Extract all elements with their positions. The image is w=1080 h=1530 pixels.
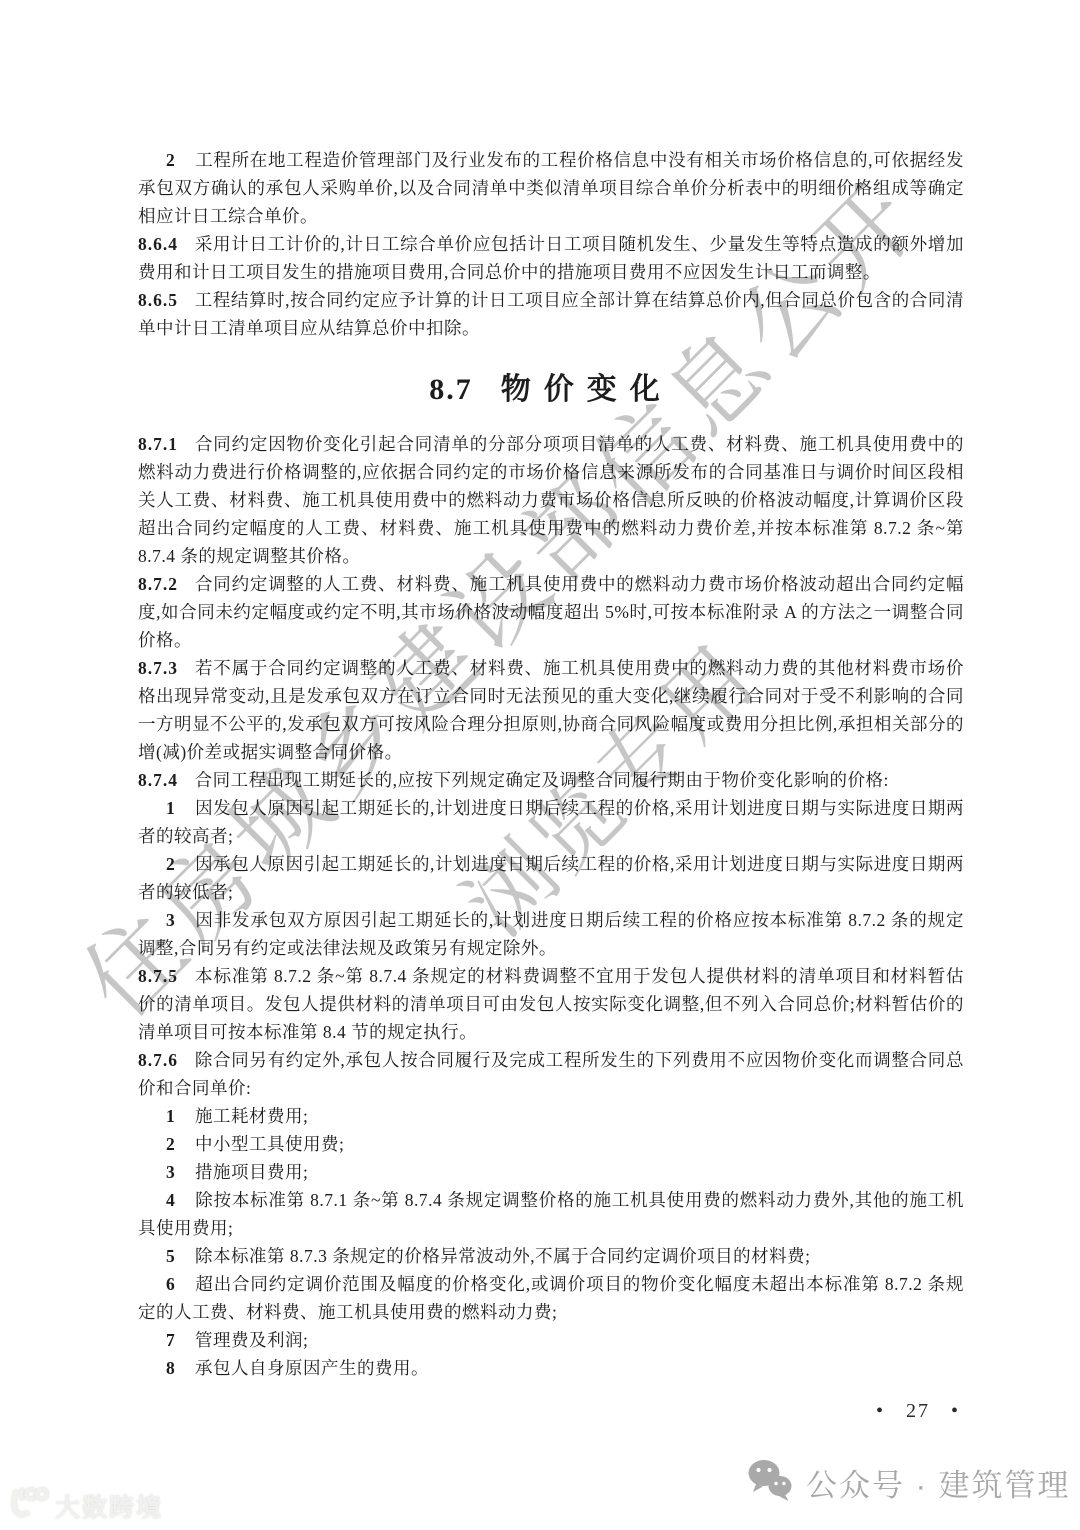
clause-paragraph: 8.7.2合同约定调整的人工费、材料费、施工机具使用费中的燃料动力费市场价格波动… <box>138 570 964 654</box>
document-page: 住房城乡建设部信息公开 浏览专用 2工程所在地工程造价管理部门及行业发布的工程价… <box>0 0 1080 1530</box>
clause-paragraph: 8承包人自身原因产生的费用。 <box>138 1354 964 1382</box>
clause-number: 8.7.1 <box>138 434 178 454</box>
clause-number: 2 <box>166 150 176 170</box>
wechat-icon <box>746 1458 794 1507</box>
clause-paragraph: 8.7.4合同工程出现工期延长的,应按下列规定确定及调整合同履行期由于物价变化影… <box>138 766 964 794</box>
clause-number: 8.7.2 <box>138 574 178 594</box>
clause-paragraph: 2工程所在地工程造价管理部门及行业发布的工程价格信息中没有相关市场价格信息的,可… <box>138 146 964 230</box>
clause-paragraph: 3措施项目费用; <box>138 1158 964 1186</box>
clause-paragraph: 4除按本标准第 8.7.1 条~第 8.7.4 条规定调整价格的施工机具使用费的… <box>138 1186 964 1242</box>
clause-number: 8.7.3 <box>138 658 178 678</box>
clause-number: 2 <box>166 1134 176 1154</box>
clause-paragraph: 1施工耗材费用; <box>138 1102 964 1130</box>
clause-number: 4 <box>166 1190 176 1210</box>
clause-paragraph: 6超出合同约定调价范围及幅度的价格变化,或调价项目的物价变化幅度未超出本标准第 … <box>138 1270 964 1326</box>
clause-number: 2 <box>166 854 176 874</box>
clause-paragraph: 5除本标准第 8.7.3 条规定的价格异常波动外,不属于合同约定调价项目的材料费… <box>138 1242 964 1270</box>
brand-watermark-label: 大数跨境 <box>55 1488 163 1524</box>
clause-number: 8 <box>166 1358 176 1378</box>
clause-paragraph: 8.7.1合同约定因物价变化引起合同清单的分部分项项目清单的人工费、材料费、施工… <box>138 430 964 570</box>
clause-number: 8.7.5 <box>138 966 178 986</box>
wechat-account-label: 公众号 · 建筑管理 <box>806 1460 1071 1505</box>
clause-number: 5 <box>166 1246 176 1266</box>
bottom-left-brand-watermark: 大数跨境 <box>8 1486 163 1525</box>
clause-number: 8.6.5 <box>138 290 178 310</box>
clause-paragraph: 8.7.3若不属于合同约定调整的人工费、材料费、施工机具使用费中的燃料动力费的其… <box>138 654 964 766</box>
wechat-banner: 公众号 · 建筑管理 <box>746 1458 1071 1507</box>
clause-number: 6 <box>166 1274 176 1294</box>
clause-paragraph: 2因承包人原因引起工期延长的,计划进度日期后续工程的价格,采用计划进度日期与实际… <box>138 850 964 906</box>
document-body: 2工程所在地工程造价管理部门及行业发布的工程价格信息中没有相关市场价格信息的,可… <box>138 146 964 1382</box>
clause-paragraph: 8.7.6除合同另有约定外,承包人按合同履行及完成工程所发生的下列费用不应因物价… <box>138 1046 964 1102</box>
clause-number: 1 <box>166 1106 176 1126</box>
clause-paragraph: 8.6.5工程结算时,按合同约定应予计算的计日工项目应全部计算在结算总价内,但合… <box>138 286 964 342</box>
section-heading: 8.7物价变化 <box>138 368 964 412</box>
clause-number: 3 <box>166 1162 176 1182</box>
clause-paragraph: 3因非发承包双方原因引起工期延长的,计划进度日期后续工程的价格应按本标准第 8.… <box>138 906 964 962</box>
clause-number: 1 <box>166 798 176 818</box>
clause-number: 3 <box>166 910 176 930</box>
section-number: 8.7 <box>429 373 473 406</box>
clause-number: 8.6.4 <box>138 234 178 254</box>
clause-number: 7 <box>166 1330 176 1350</box>
clause-paragraph: 1因发包人原因引起工期延长的,计划进度日期后续工程的价格,采用计划进度日期与实际… <box>138 794 964 850</box>
100-swoosh-logo-icon <box>8 1486 50 1525</box>
clause-paragraph: 2中小型工具使用费; <box>138 1130 964 1158</box>
page-number: • 27 • <box>138 1400 960 1423</box>
clause-paragraph: 8.7.5本标准第 8.7.2 条~第 8.7.4 条规定的材料费调整不宜用于发… <box>138 962 964 1046</box>
clause-paragraph: 8.6.4采用计日工计价的,计日工综合单价应包括计日工项目随机发生、少量发生等特… <box>138 230 964 286</box>
clause-paragraph: 7管理费及利润; <box>138 1326 964 1354</box>
section-title: 物价变化 <box>501 373 673 406</box>
clause-number: 8.7.6 <box>138 1050 178 1070</box>
clause-number: 8.7.4 <box>138 770 178 790</box>
